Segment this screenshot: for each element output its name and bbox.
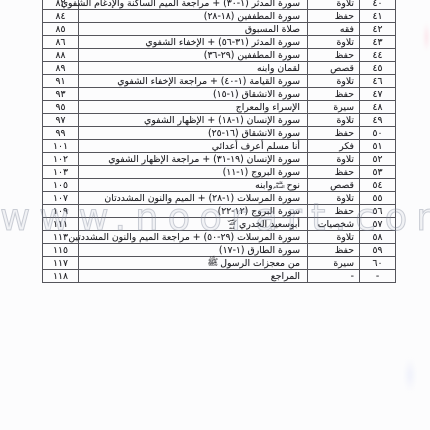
lesson-number-cell: ٤٢ bbox=[359, 23, 395, 35]
title-text: من معجزات الرسول bbox=[220, 258, 300, 269]
table-row: ٤٩تلاوةسورة الإنسان (١-١٨) + الإظهار الش… bbox=[43, 114, 395, 127]
title-cell: سورة الطارق (١-١٧) bbox=[78, 244, 307, 256]
page-number-cell: ٩٣ bbox=[43, 88, 78, 100]
table-row: ٥٢تلاوةسورة الإنسان (١٩-٣١) + مراجعة الإ… bbox=[43, 153, 395, 166]
table-row: ٥٦حفظسورة البروج (١٢-٢٢)١٠٩ bbox=[43, 205, 395, 218]
lesson-number-cell: ٥٧ bbox=[359, 218, 395, 230]
table-row: ٤٥قصصلقمان وابنه٨٩ bbox=[43, 62, 395, 75]
lesson-number-cell: ٥٣ bbox=[359, 166, 395, 178]
lesson-number-cell: ٤٥ bbox=[359, 62, 395, 74]
page-number-cell: ٩٥ bbox=[43, 101, 78, 113]
table-row: ٥٤قصصنوحعليه السلاموابنه١٠٥ bbox=[43, 179, 395, 192]
title-text: سورة المطففين (١٨-٢٨) bbox=[204, 11, 300, 22]
lesson-number-cell: ٤٦ bbox=[359, 75, 395, 87]
page-number-cell: ٨٦ bbox=[43, 36, 78, 48]
table-row: ٥٧شخصياتأبوسعيد الخدريرضي الله عنه١١١ bbox=[43, 218, 395, 231]
category-cell: حفظ bbox=[307, 127, 359, 139]
title-text: سورة المرسلات (٢٩-٥٠) + مراجعة الميم وال… bbox=[68, 232, 300, 243]
title-cell: سورة البروج (١٢-٢٢) bbox=[78, 205, 307, 217]
table-row: ٤٢فقهصلاة المسبوق٨٥ bbox=[43, 23, 395, 36]
title-cell: سورة الإنسان (١-١٨) + الإظهار الشفوي bbox=[78, 114, 307, 126]
honorific-symbol: ﷺ bbox=[207, 258, 218, 268]
page-number-cell: ٨٥ bbox=[43, 23, 78, 35]
lesson-number-cell: ٥٤ bbox=[359, 179, 395, 191]
honorific-symbol: عليه السلام bbox=[275, 181, 285, 189]
title-cell: المراجع bbox=[78, 270, 307, 282]
lesson-number-cell: ٤٧ bbox=[359, 88, 395, 100]
category-cell: سيرة bbox=[307, 257, 359, 269]
title-cell: الإسراء والمعراج bbox=[78, 101, 307, 113]
title-cell: نوحعليه السلاموابنه bbox=[78, 179, 307, 191]
category-cell: فقه bbox=[307, 23, 359, 35]
category-cell: - bbox=[307, 270, 359, 282]
page-number-cell: ١٠١ bbox=[43, 140, 78, 152]
table-row: ٥٠حفظسورة الانشقاق (١٦-٢٥)٩٩ bbox=[43, 127, 395, 140]
category-cell: تلاوة bbox=[307, 192, 359, 204]
page-number-cell: ١٠٩ bbox=[43, 205, 78, 217]
category-cell: حفظ bbox=[307, 49, 359, 61]
table-row: ٤٨سيرةالإسراء والمعراج٩٥ bbox=[43, 101, 395, 114]
category-cell: تلاوة bbox=[307, 231, 359, 243]
lesson-number-cell: ٤٤ bbox=[359, 49, 395, 61]
title-text: صلاة المسبوق bbox=[245, 24, 300, 35]
title-cell: سورة المرسلات (٢٩-٥٠) + مراجعة الميم وال… bbox=[78, 231, 307, 243]
title-text: سورة الإنسان (١-١٨) + الإظهار الشفوي bbox=[144, 115, 300, 126]
title-text-after: وابنه bbox=[255, 180, 272, 191]
lesson-number-cell: ٦٠ bbox=[359, 257, 395, 269]
title-text: سورة البروج (١٢-٢٢) bbox=[218, 206, 300, 217]
category-cell: تلاوة bbox=[307, 75, 359, 87]
title-cell: سورة القيامة (١-٤٠) + مراجعة الإخفاء الش… bbox=[78, 75, 307, 87]
page-number-cell: ١٠٢ bbox=[43, 153, 78, 165]
lesson-number-cell: ٥٦ bbox=[359, 205, 395, 217]
lesson-number-cell: ٥٨ bbox=[359, 231, 395, 243]
page-number-cell: ١٠٥ bbox=[43, 179, 78, 191]
table-row: ٥١فكرأنا مسلم أعرف أعدائي١٠١ bbox=[43, 140, 395, 153]
category-cell: حفظ bbox=[307, 88, 359, 100]
page-number-cell: ١١٣ bbox=[43, 231, 78, 243]
scan-smudge-blue bbox=[404, 358, 416, 392]
title-cell: سورة المدثر (٣١-٥٦) + الإخفاء الشفوي bbox=[78, 36, 307, 48]
table-row: ٦٠سيرةمن معجزات الرسولﷺ١١٧ bbox=[43, 257, 395, 270]
title-cell: لقمان وابنه bbox=[78, 62, 307, 74]
title-cell: سورة المدثر (١-٣٠) + مراجعة الميم الساكن… bbox=[78, 0, 307, 9]
lesson-index-table-clip: ٤٠تلاوةسورة المدثر (١-٣٠) + مراجعة الميم… bbox=[42, 0, 398, 284]
title-text: أبوسعيد الخدري bbox=[239, 219, 300, 230]
page-number-cell: ٩٧ bbox=[43, 114, 78, 126]
category-cell: حفظ bbox=[307, 10, 359, 22]
page-number-cell: ٨٩ bbox=[43, 62, 78, 74]
table-row: ٤٧حفظسورة الانشقاق (١-١٥)٩٣ bbox=[43, 88, 395, 101]
title-cell: أبوسعيد الخدريرضي الله عنه bbox=[78, 218, 307, 230]
title-text: سورة الطارق (١-١٧) bbox=[219, 245, 300, 256]
title-cell: سورة الانشقاق (١-١٥) bbox=[78, 88, 307, 100]
table-row: ٤٣تلاوةسورة المدثر (٣١-٥٦) + الإخفاء الش… bbox=[43, 36, 395, 49]
page-number-cell: ١١٨ bbox=[43, 270, 78, 282]
table-row: ٤٤حفظسورة المطففين (٢٩-٣٦)٨٨ bbox=[43, 49, 395, 62]
category-cell: تلاوة bbox=[307, 114, 359, 126]
lesson-number-cell: ٤٣ bbox=[359, 36, 395, 48]
title-text: سورة الانشقاق (١٦-٢٥) bbox=[208, 128, 300, 139]
honorific-symbol: رضي الله عنه bbox=[227, 218, 237, 231]
table-row: ٥٨تلاوةسورة المرسلات (٢٩-٥٠) + مراجعة ال… bbox=[43, 231, 395, 244]
page-number-cell: ٩١ bbox=[43, 75, 78, 87]
page-number-cell: ٨٨ bbox=[43, 49, 78, 61]
table-row: ٤١حفظسورة المطففين (١٨-٢٨)٨٤ bbox=[43, 10, 395, 23]
lesson-number-cell: ٤٠ bbox=[359, 0, 395, 9]
category-cell: حفظ bbox=[307, 244, 359, 256]
lesson-number-cell: ٥٠ bbox=[359, 127, 395, 139]
title-text: سورة الانشقاق (١-١٥) bbox=[213, 89, 300, 100]
title-text: سورة المدثر (١-٣٠) + مراجعة الميم الساكن… bbox=[61, 0, 300, 9]
lesson-number-cell: ٤١ bbox=[359, 10, 395, 22]
table-row: ٥٣حفظسورة البروج (١-١١)١٠٣ bbox=[43, 166, 395, 179]
page-number-cell: ١٠٧ bbox=[43, 192, 78, 204]
title-cell: سورة الانشقاق (١٦-٢٥) bbox=[78, 127, 307, 139]
title-cell: سورة البروج (١-١١) bbox=[78, 166, 307, 178]
lesson-number-cell: ٥١ bbox=[359, 140, 395, 152]
table-row: ٤٠تلاوةسورة المدثر (١-٣٠) + مراجعة الميم… bbox=[43, 0, 395, 10]
title-cell: أنا مسلم أعرف أعدائي bbox=[78, 140, 307, 152]
lesson-number-cell: ٥٩ bbox=[359, 244, 395, 256]
category-cell: تلاوة bbox=[307, 0, 359, 9]
table-row: ٥٥تلاوةسورة المرسلات (١-٢٨) + الميم والن… bbox=[43, 192, 395, 205]
scanned-document-page: www.noorart.com ٤٠تلاوةسورة المدثر (١-٣٠… bbox=[0, 0, 430, 430]
title-cell: سورة الإنسان (١٩-٣١) + مراجعة الإظهار ال… bbox=[78, 153, 307, 165]
title-cell: سورة المرسلات (١-٢٨) + الميم والنون المش… bbox=[78, 192, 307, 204]
page-number-cell: ١١٧ bbox=[43, 257, 78, 269]
title-text: نوح bbox=[287, 180, 300, 191]
title-cell: من معجزات الرسولﷺ bbox=[78, 257, 307, 269]
category-cell: قصص bbox=[307, 62, 359, 74]
page-number-cell: ٨٤ bbox=[43, 10, 78, 22]
title-text: أنا مسلم أعرف أعدائي bbox=[212, 141, 300, 152]
title-text: الإسراء والمعراج bbox=[236, 102, 300, 113]
title-text: سورة المطففين (٢٩-٣٦) bbox=[204, 50, 300, 61]
lesson-number-cell: ٥٥ bbox=[359, 192, 395, 204]
category-cell: قصص bbox=[307, 179, 359, 191]
table-row: --المراجع١١٨ bbox=[43, 270, 395, 283]
page-number-cell: ١١٥ bbox=[43, 244, 78, 256]
lesson-index-table: ٤٠تلاوةسورة المدثر (١-٣٠) + مراجعة الميم… bbox=[42, 0, 396, 283]
title-text: سورة الإنسان (١٩-٣١) + مراجعة الإظهار ال… bbox=[108, 154, 300, 165]
lesson-number-cell: ٥٢ bbox=[359, 153, 395, 165]
table-row: ٤٦تلاوةسورة القيامة (١-٤٠) + مراجعة الإخ… bbox=[43, 75, 395, 88]
lesson-number-cell: ٤٩ bbox=[359, 114, 395, 126]
title-text: المراجع bbox=[271, 271, 300, 282]
category-cell: حفظ bbox=[307, 205, 359, 217]
title-cell: سورة المطففين (٢٩-٣٦) bbox=[78, 49, 307, 61]
title-text: سورة القيامة (١-٤٠) + مراجعة الإخفاء الش… bbox=[117, 76, 300, 87]
page-number-cell: ١٠٣ bbox=[43, 166, 78, 178]
title-cell: سورة المطففين (١٨-٢٨) bbox=[78, 10, 307, 22]
lesson-number-cell: - bbox=[359, 270, 395, 282]
page-number-cell: ١١١ bbox=[43, 218, 78, 230]
title-text: لقمان وابنه bbox=[257, 63, 300, 74]
table-row: ٥٩حفظسورة الطارق (١-١٧)١١٥ bbox=[43, 244, 395, 257]
page-number-cell: ٨٢ bbox=[43, 0, 78, 9]
page-number-cell: ٩٩ bbox=[43, 127, 78, 139]
title-text: سورة البروج (١-١١) bbox=[223, 167, 300, 178]
lesson-number-cell: ٤٨ bbox=[359, 101, 395, 113]
category-cell: سيرة bbox=[307, 101, 359, 113]
title-text: سورة المرسلات (١-٢٨) + الميم والنون المش… bbox=[104, 193, 300, 204]
title-cell: صلاة المسبوق bbox=[78, 23, 307, 35]
category-cell: شخصيات bbox=[307, 218, 359, 230]
category-cell: تلاوة bbox=[307, 36, 359, 48]
category-cell: تلاوة bbox=[307, 153, 359, 165]
title-text: سورة المدثر (٣١-٥٦) + الإخفاء الشفوي bbox=[145, 37, 300, 48]
scan-smudge-pink bbox=[423, 22, 430, 52]
category-cell: حفظ bbox=[307, 166, 359, 178]
category-cell: فكر bbox=[307, 140, 359, 152]
